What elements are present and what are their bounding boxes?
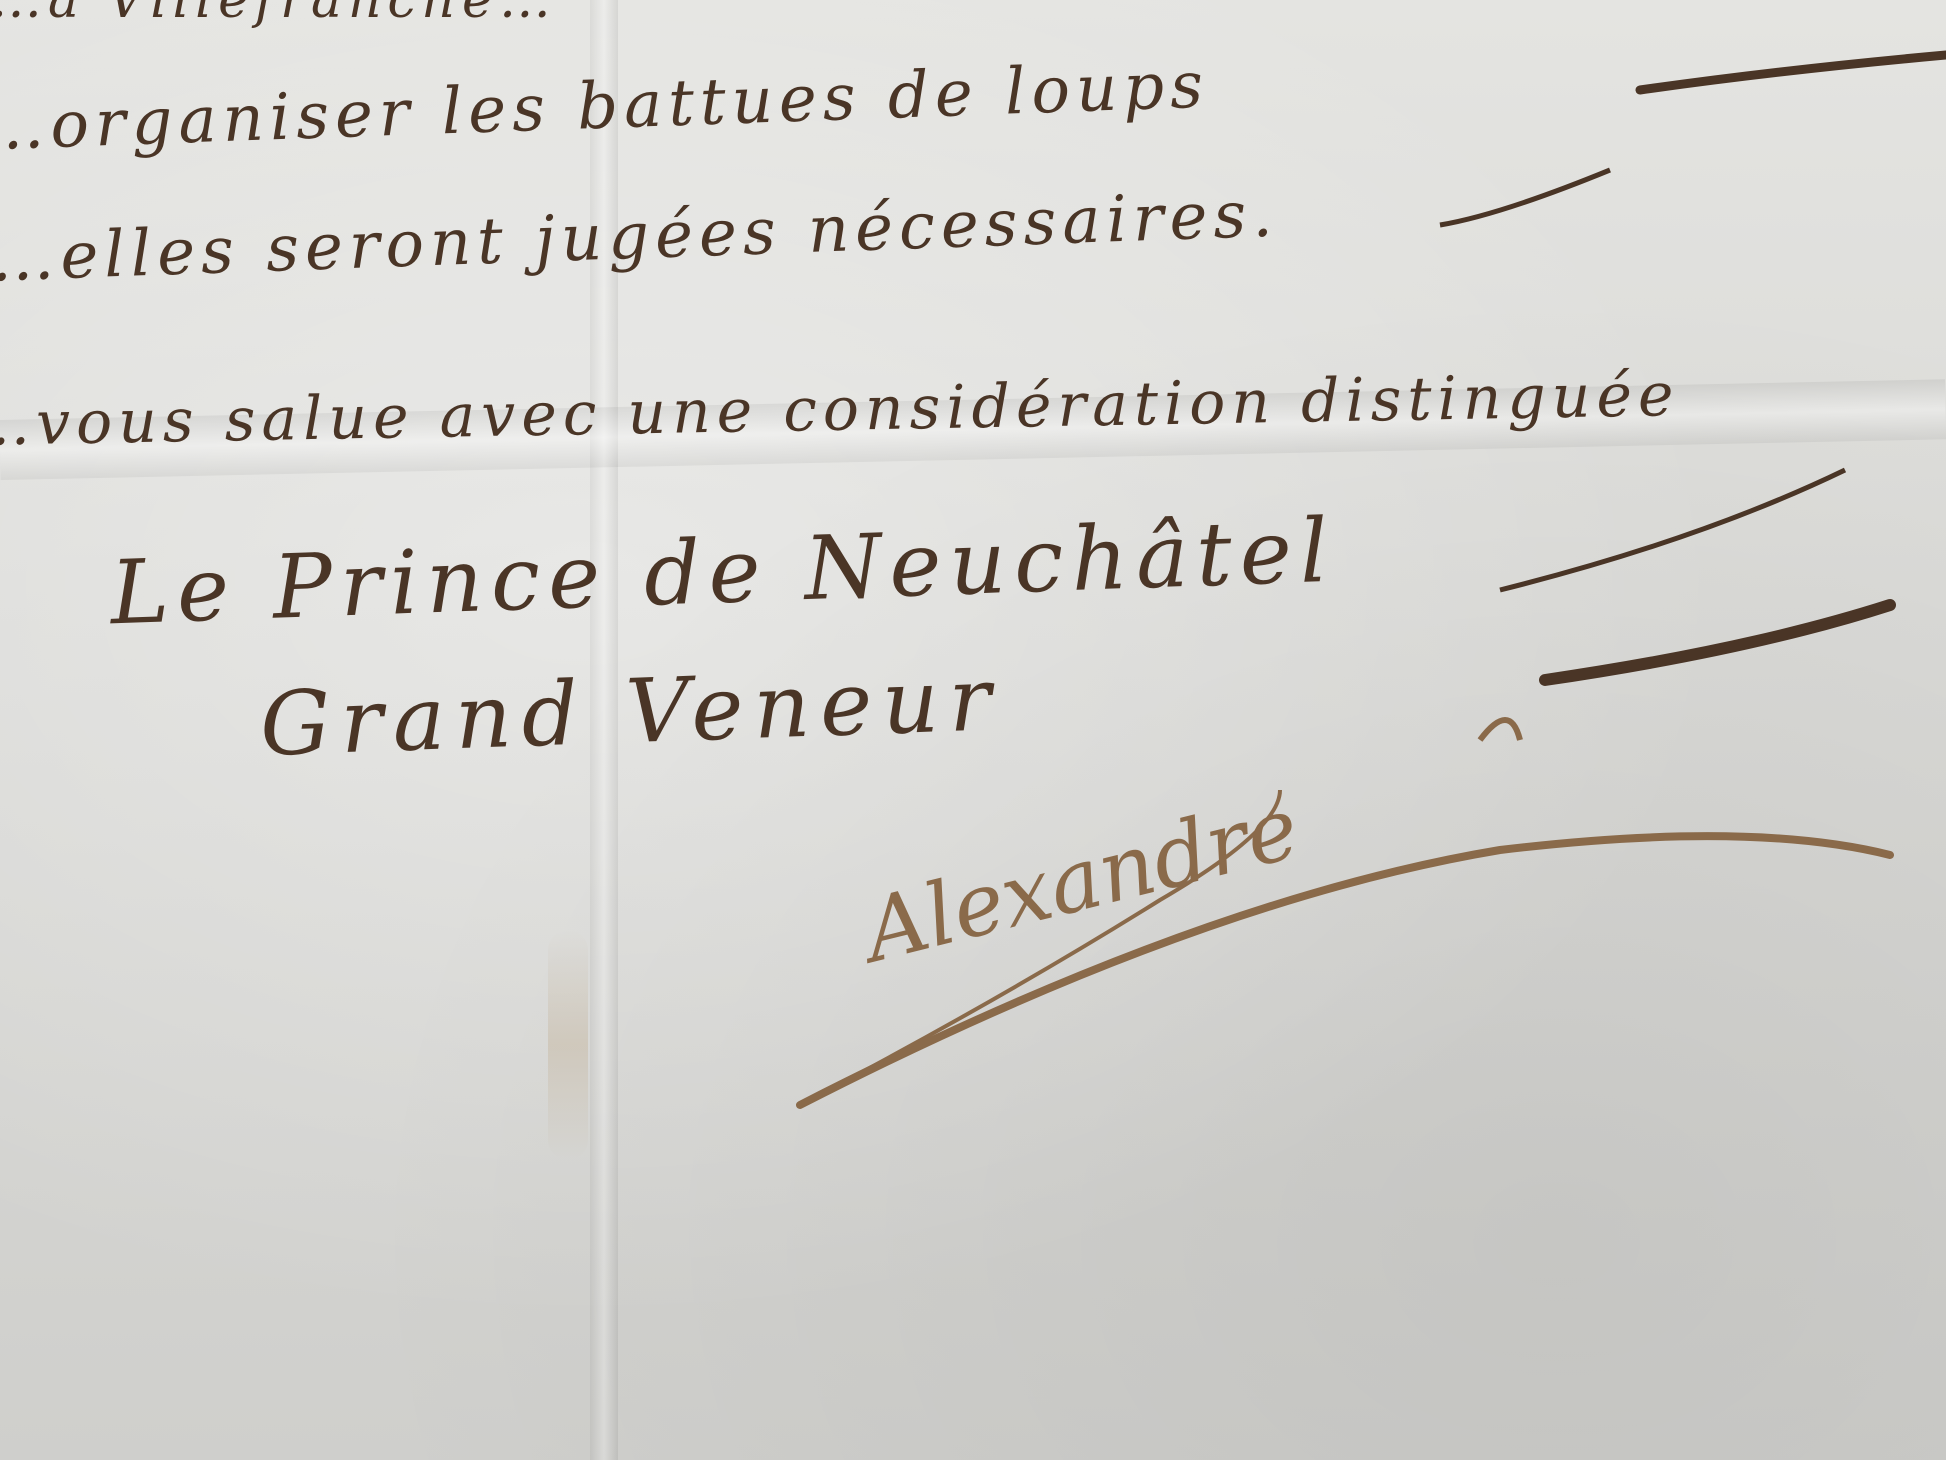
paper-stain: [548, 930, 588, 1160]
text-line-1: …a Villefranche…: [0, 0, 557, 30]
